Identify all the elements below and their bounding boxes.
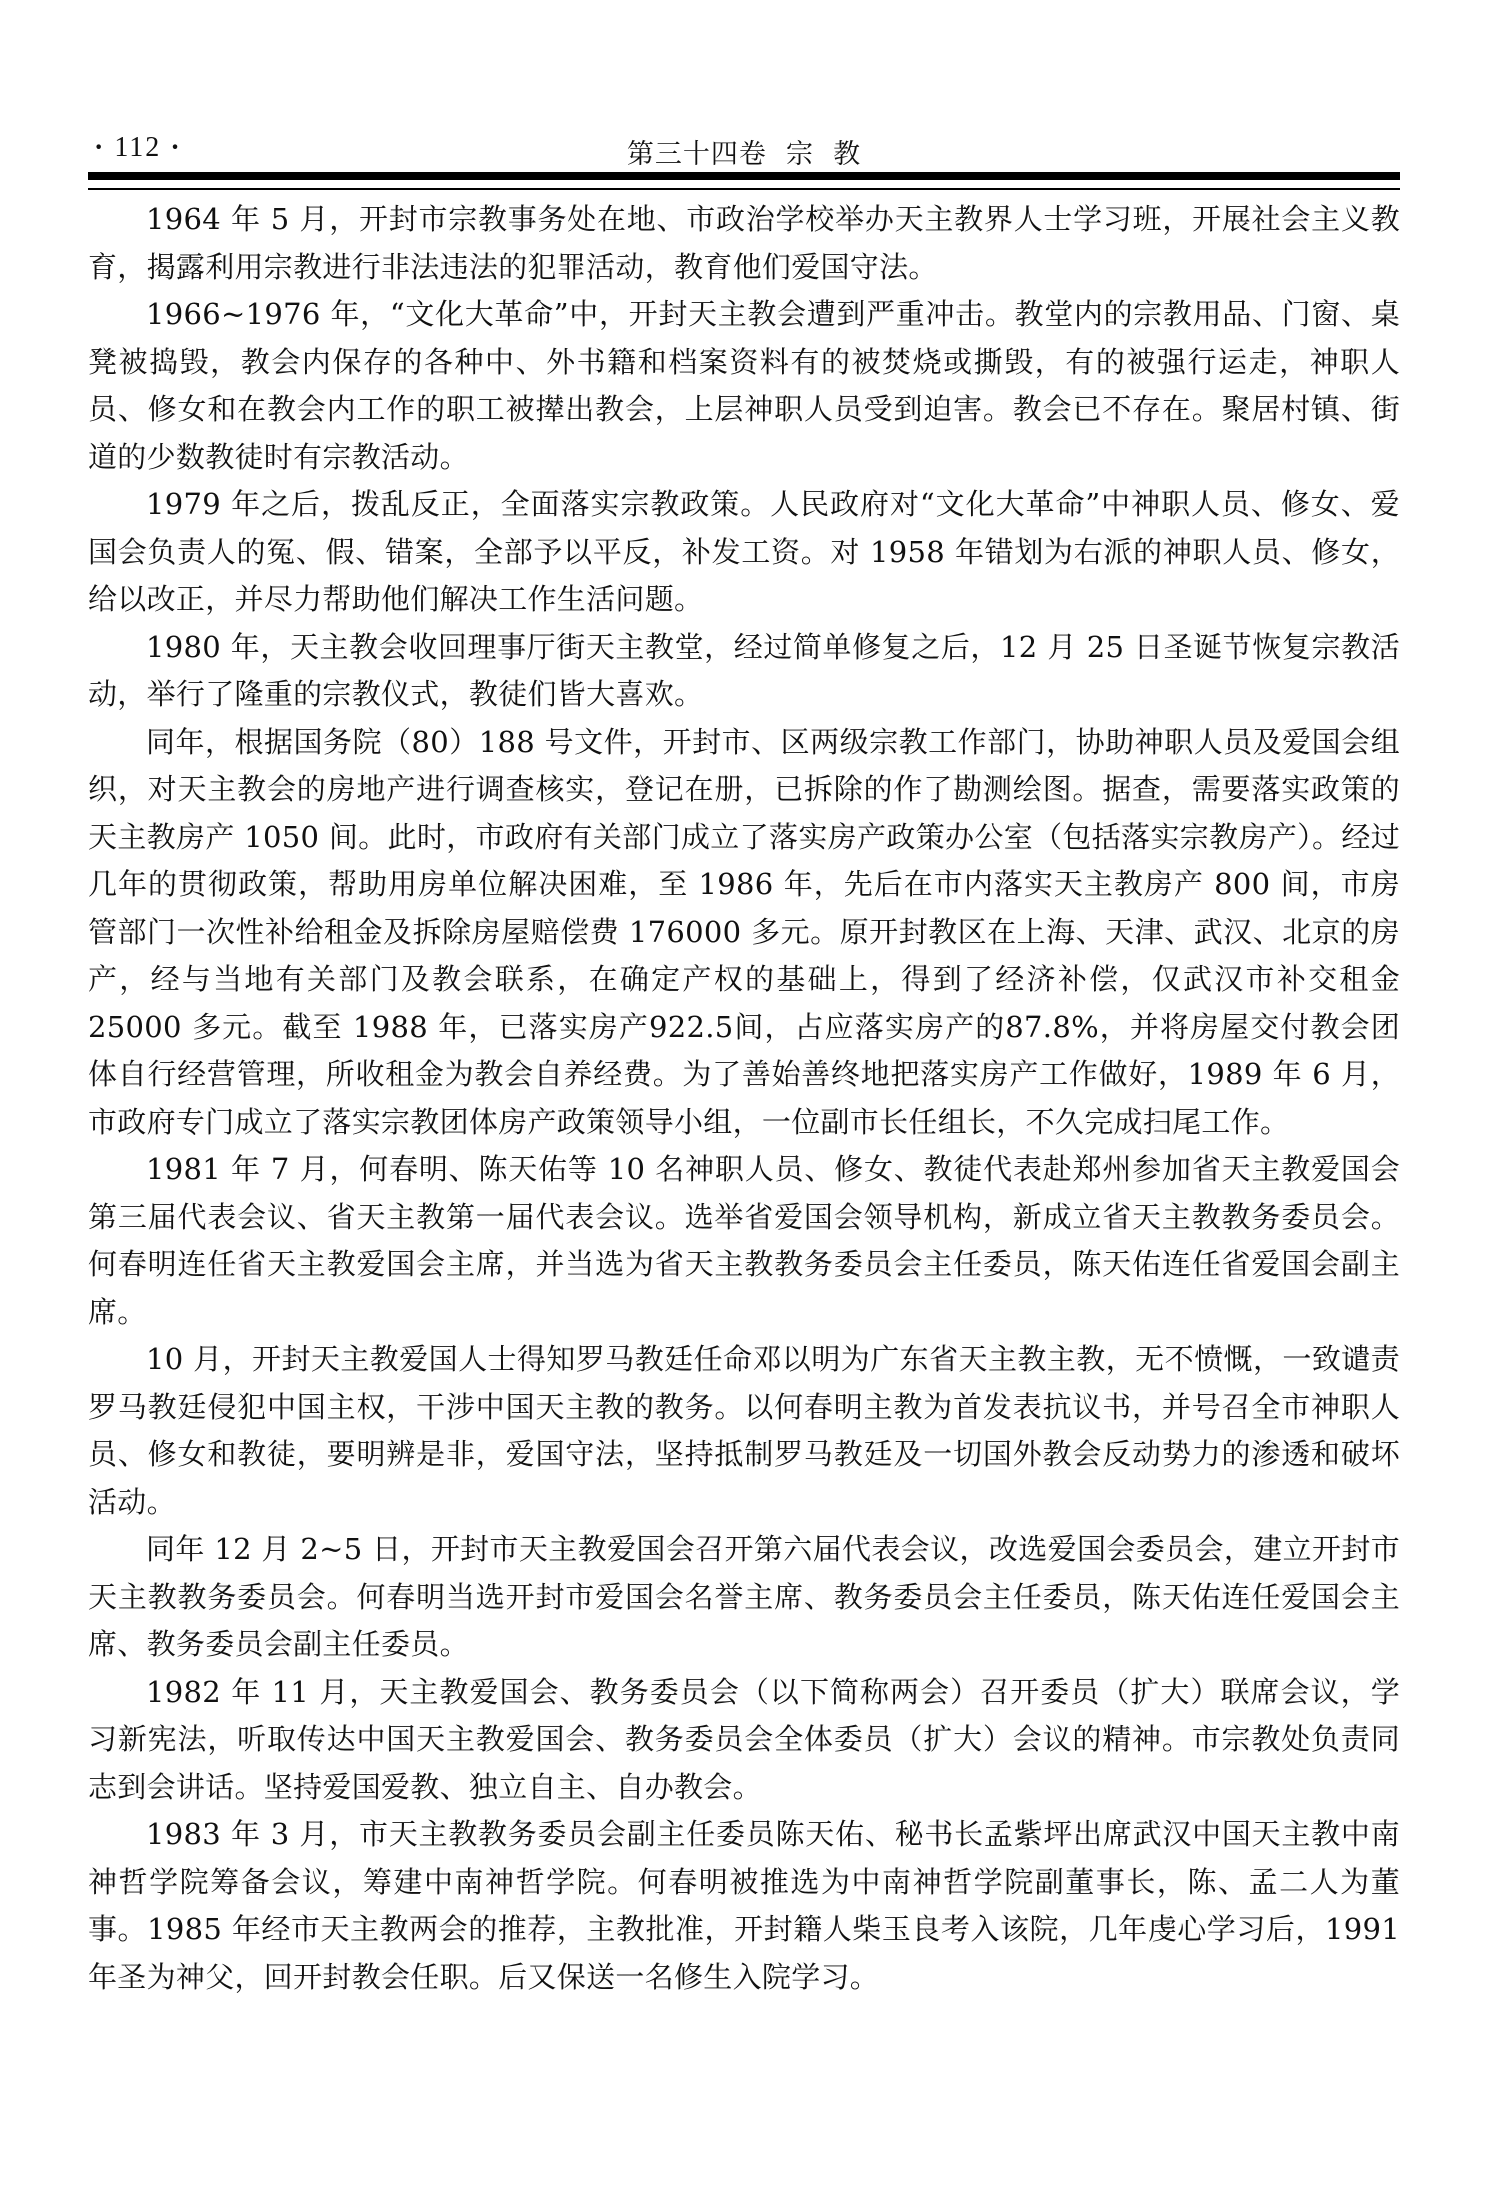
paragraph-1980: 1980 年，天主教会收回理事厅街天主教堂，经过简单修复之后，12 月 25 日… [88, 624, 1400, 719]
paragraph-1966-1976: 1966~1976 年，“文化大革命”中，开封天主教会遭到严重冲击。教堂内的宗教… [88, 291, 1400, 481]
paragraph-1982: 1982 年 11 月，天主教爱国会、教务委员会（以下简称两会）召开委员（扩大）… [88, 1669, 1400, 1812]
paragraph-1964: 1964 年 5 月，开封市宗教事务处在地、市政治学校举办天主教界人士学习班，开… [88, 196, 1400, 291]
body-text: 1964 年 5 月，开封市宗教事务处在地、市政治学校举办天主教界人士学习班，开… [88, 196, 1400, 2001]
paragraph-1979: 1979 年之后，拨乱反正，全面落实宗教政策。人民政府对“文化大革命”中神职人员… [88, 481, 1400, 624]
running-head: · 112 · 第三十四卷 宗 教 [88, 130, 1400, 170]
paragraph-1980-property: 同年，根据国务院（80）188 号文件，开封市、区两级宗教工作部门，协助神职人员… [88, 719, 1400, 1147]
header-rule-thin [88, 188, 1400, 190]
section-title: 第三十四卷 宗 教 [88, 132, 1400, 171]
paragraph-1981-october: 10 月，开封天主教爱国人士得知罗马教廷任命邓以明为广东省天主教主教，无不愤慨，… [88, 1336, 1400, 1526]
paragraph-1981-july: 1981 年 7 月，何春明、陈天佑等 10 名神职人员、修女、教徒代表赴郑州参… [88, 1146, 1400, 1336]
paragraph-1981-december: 同年 12 月 2~5 日，开封市天主教爱国会召开第六届代表会议，改选爱国会委员… [88, 1526, 1400, 1669]
paragraph-1983: 1983 年 3 月，市天主教教务委员会副主任委员陈天佑、秘书长孟紫坪出席武汉中… [88, 1811, 1400, 2001]
header-rule-thick [88, 172, 1400, 180]
book-page: · 112 · 第三十四卷 宗 教 1964 年 5 月，开封市宗教事务处在地、… [88, 130, 1400, 2001]
